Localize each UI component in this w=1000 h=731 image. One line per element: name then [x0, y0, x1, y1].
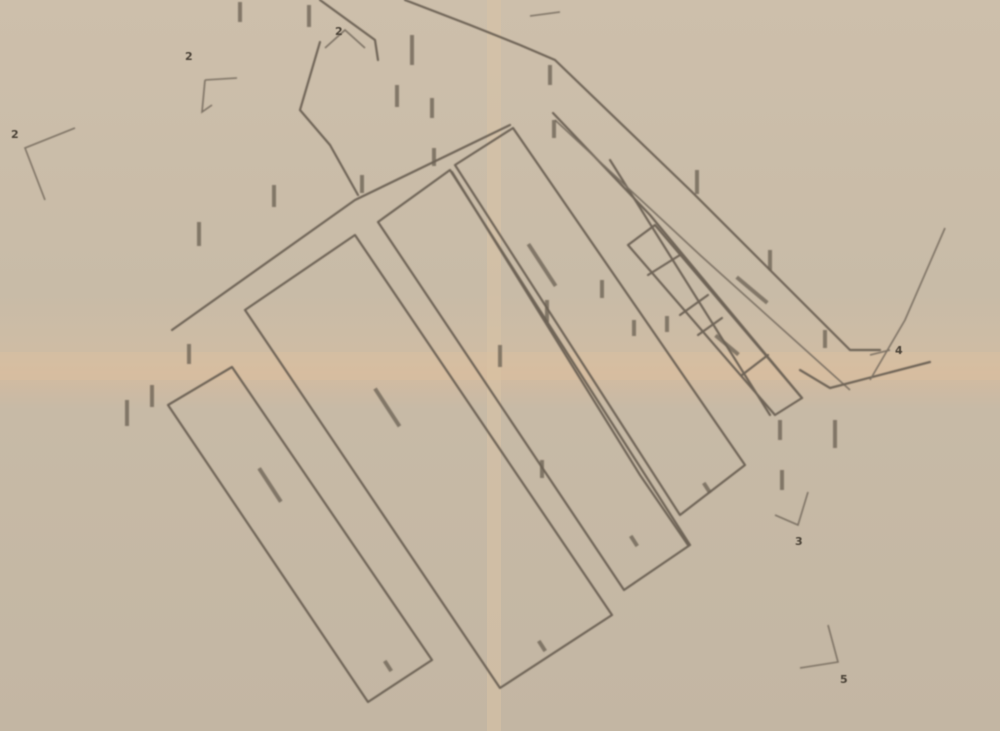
angle-mark: [325, 30, 365, 48]
room-divider: [680, 295, 708, 315]
road-edge-line: [172, 125, 510, 330]
survey-corner-5: [800, 625, 838, 668]
boundary-line-b: [300, 42, 358, 195]
survey-point-label: 2: [11, 128, 19, 141]
survey-point-label: 5: [840, 673, 848, 686]
survey-corner-1: [25, 128, 75, 200]
survey-point-label: 2: [335, 25, 343, 38]
block-b-outline: [245, 235, 612, 688]
block-e-rooms: [628, 225, 802, 415]
survey-point-label: 4: [895, 344, 903, 357]
survey-point-label: 2: [185, 50, 193, 63]
boundary-line-a: [320, 0, 378, 60]
boundary-line-top: [405, 0, 880, 350]
survey-corner-2: [202, 80, 212, 112]
site-plan-sheet: 2 2 2 4 3 5: [0, 0, 1000, 731]
survey-point-label: 3: [795, 535, 803, 548]
tick-top: [530, 12, 560, 16]
survey-corner-3: [775, 492, 808, 525]
survey-corner-2b: [205, 78, 237, 80]
dimension-labels: [125, 2, 837, 490]
title-block: [838, 50, 878, 155]
